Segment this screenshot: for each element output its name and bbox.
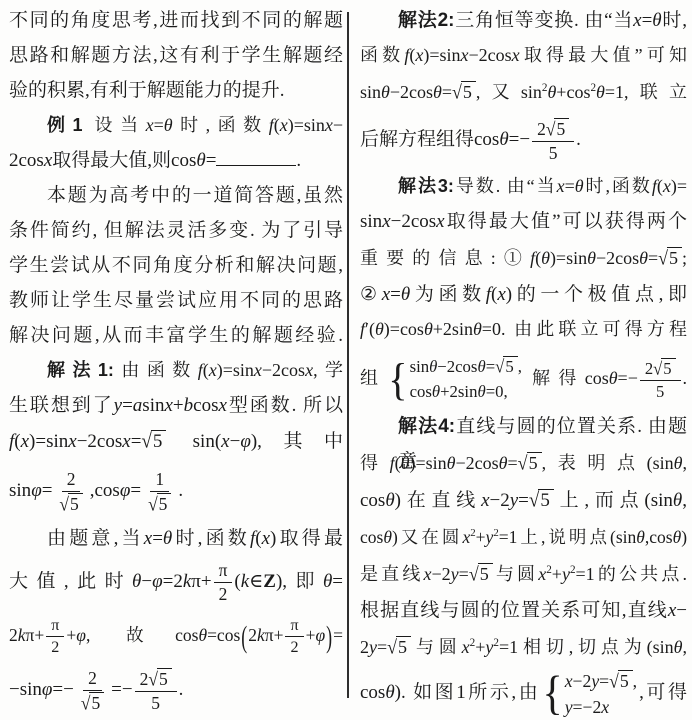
token-variable: θ xyxy=(375,319,384,339)
token-sqrt-radical: √5 xyxy=(148,669,171,689)
token-variable: x xyxy=(601,697,609,717)
radical-sign-icon: √ xyxy=(518,442,528,483)
token-text: =− xyxy=(52,679,73,700)
text-line: 条件简约, 但解法灵活多变. 为了引导 xyxy=(9,213,343,248)
token-text: =−2 xyxy=(573,697,602,717)
token-text: )=sin xyxy=(29,431,68,452)
token-fraction: 2√55 xyxy=(532,118,574,164)
token-text: , xyxy=(683,453,688,473)
token-variable: x xyxy=(497,284,505,305)
token-text: 时,函数 xyxy=(584,176,652,196)
token-variable: θ xyxy=(401,284,410,305)
token-text: + xyxy=(173,395,184,416)
token-variable: θ xyxy=(164,115,173,135)
text-line: 函数f(x)=sinx−2cosx取得最大值”可知 xyxy=(360,38,687,73)
token-text: = xyxy=(390,284,401,305)
token-text: )取得最 xyxy=(270,528,343,549)
token-text: −2 xyxy=(432,564,451,584)
token-text: )= xyxy=(671,176,687,196)
token-text: = xyxy=(508,453,518,473)
token-text: −2cos xyxy=(469,45,512,65)
token-text: =− xyxy=(509,129,530,150)
token-text: =0. 由此联立可得方程 xyxy=(482,319,687,339)
token-sqrt-radical: √5 xyxy=(653,359,675,378)
text-line: 2kπ+π2+φ, 故cosθ=cos(2kπ+π2+φ)= xyxy=(9,608,343,662)
token-sqrt-radical: √5 xyxy=(469,564,493,584)
fraction-numerator: 2√5 xyxy=(135,668,177,692)
token-text: 思路和解题方法,这有利于学生解题经 xyxy=(9,45,343,66)
token-text: 取得最大值”可以获得两个 xyxy=(445,211,687,232)
token-text: = xyxy=(648,248,658,268)
token-text: )=sin xyxy=(423,45,460,65)
token-text: π+ xyxy=(191,571,211,592)
token-text: )的一个极值点,即 xyxy=(506,284,687,305)
token-variable: θ xyxy=(198,625,207,645)
text-line: 教师让学生尽量尝试应用不同的思路 xyxy=(9,283,343,318)
token-text: = xyxy=(131,431,142,452)
token-text: sin xyxy=(142,395,164,416)
token-variable: y xyxy=(510,490,518,511)
radicand: 5 xyxy=(538,489,554,512)
radical-sign-icon: √ xyxy=(141,421,151,462)
text-line: 解法2:三角恒等变换. 由“当x=θ时, xyxy=(360,3,687,38)
token-text: − xyxy=(141,571,152,592)
token-variable: φ xyxy=(315,625,325,645)
token-text: )又在圆 xyxy=(392,527,463,547)
token-text: 导数. 由“当 xyxy=(454,176,557,196)
radicand: 5 xyxy=(461,81,476,103)
token-fraction: 2√5 xyxy=(54,469,87,515)
token-text: 2 xyxy=(9,625,18,645)
token-variable: a xyxy=(133,395,143,416)
token-big-paren-left: ( xyxy=(240,591,248,683)
token-text: = xyxy=(642,10,653,31)
token-text: = xyxy=(442,82,452,102)
token-variable: x xyxy=(633,10,641,31)
text-line: 本题为高考中的一道简答题,虽然 xyxy=(9,178,343,213)
token-text: ,表明点(sin xyxy=(542,453,674,473)
token-text: −2cos xyxy=(437,357,477,376)
token-text: 由函数 xyxy=(114,360,198,380)
equation-system-row: cosθ+2sinθ=0, xyxy=(410,382,522,403)
fraction-numerator: π xyxy=(46,616,64,637)
token-text: 2 xyxy=(219,584,228,604)
token-variable: k xyxy=(18,625,26,645)
token-variable: φ xyxy=(42,679,53,700)
fraction-numerator: π xyxy=(285,616,303,637)
radicand: 5 xyxy=(503,356,517,376)
token-text: cos xyxy=(410,382,432,401)
token-text: 是直线 xyxy=(360,564,424,584)
fraction-denominator: √5 xyxy=(54,492,87,515)
radicand: 5 xyxy=(151,430,167,453)
text-line: sinθ−2cosθ=√5,又sin2θ+cos2θ=1,联立 xyxy=(360,73,687,111)
token-text: 条件简约, 但解法灵活多变. 为了引导 xyxy=(9,220,343,241)
token-text: . xyxy=(576,129,581,150)
radical-sign-icon: √ xyxy=(59,493,69,516)
token-text: cos xyxy=(360,490,385,511)
text-line: 2cosx取得最大值,则cosθ=. xyxy=(9,143,343,178)
column-divider xyxy=(347,12,349,698)
token-text: − xyxy=(230,431,241,452)
token-variable: k xyxy=(257,625,265,645)
token-text: = xyxy=(459,564,469,584)
token-bold-set-z: Z xyxy=(263,571,276,592)
token-text: )=sin xyxy=(410,453,447,473)
token-text: , xyxy=(633,671,637,691)
token-bold-label: 解法1: xyxy=(47,360,114,380)
token-sqrt-radical: √5 xyxy=(658,248,682,268)
token-text: sin xyxy=(360,211,382,232)
token-text: , xyxy=(683,637,688,657)
token-text: 5 xyxy=(480,564,489,584)
token-variable: x xyxy=(221,431,229,452)
token-variable: θ xyxy=(477,382,485,401)
radicand: 5 xyxy=(157,668,172,689)
left-column: 不同的角度思考,进而找到不同的解题思路和解题方法,这有利于学生解题经验的积累,有… xyxy=(9,3,343,718)
token-text: 1 xyxy=(155,469,164,489)
radical-sign-icon: √ xyxy=(609,669,619,693)
token-text: sin xyxy=(360,82,381,102)
token-text: 2cos xyxy=(9,150,44,171)
token-variable: θ xyxy=(673,490,682,511)
token-variable: x xyxy=(382,284,390,305)
token-text: 5 xyxy=(549,143,558,163)
token-text: 重要的信息:① xyxy=(360,248,530,268)
token-text: −2cos xyxy=(262,360,305,380)
token-variable: y xyxy=(114,395,122,416)
radical-sign-icon: √ xyxy=(546,118,556,141)
token-text: 取得最大值”可知 xyxy=(520,45,687,65)
token-variable: θ xyxy=(163,528,172,549)
left-brace-icon: { xyxy=(542,672,562,715)
token-sqrt-radical: √5 xyxy=(387,637,411,657)
token-sqrt-radical: √5 xyxy=(495,357,518,376)
token-fraction: 2√55 xyxy=(640,358,681,402)
token-text: −2cos xyxy=(390,82,433,102)
token-text: ,可得 xyxy=(639,682,687,703)
text-line: 大值,此时θ−φ=2kπ+π2(k∈Z),即θ= xyxy=(9,556,343,608)
token-variable: θ xyxy=(473,319,482,339)
token-text: π xyxy=(219,560,228,580)
token-text: 5 xyxy=(656,382,664,401)
radical-sign-icon: √ xyxy=(148,668,158,691)
token-text: = xyxy=(332,571,343,592)
radicand: 5 xyxy=(396,636,411,658)
token-variable: θ xyxy=(547,82,556,102)
token-sqrt-radical: √5 xyxy=(148,494,171,514)
token-sqrt-radical: √5 xyxy=(609,671,633,691)
token-text: = xyxy=(122,395,133,416)
token-bold-label: 解法2: xyxy=(398,10,454,31)
fraction-denominator: √5 xyxy=(143,492,176,515)
token-sqrt-radical: √5 xyxy=(546,119,569,139)
token-text: sin( xyxy=(166,431,221,452)
token-text: 2 xyxy=(248,625,257,645)
text-line: 得f(θ)=sinθ−2cosθ=√5,表明点(sinθ, xyxy=(360,444,687,482)
token-text: ; xyxy=(682,248,687,268)
token-variable: x xyxy=(122,431,130,452)
token-variable: x xyxy=(663,176,671,196)
token-variable: y xyxy=(369,637,377,657)
text-line: 解法1:由函数f(x)=sinx−2cosx,学 xyxy=(9,353,343,388)
text-line: 组{sinθ−2cosθ=√5,cosθ+2sinθ=0,解得cosθ=−2√5… xyxy=(360,347,687,409)
text-line: 由题意,当x=θ时,函数f(x)取得最 xyxy=(9,521,343,556)
token-text: =cos xyxy=(207,625,240,645)
token-text: 2 xyxy=(291,639,299,656)
token-variable: x xyxy=(538,564,546,584)
token-variable: φ xyxy=(31,480,42,501)
text-line: 解法4:直线与圆的位置关系. 由题意 xyxy=(360,409,687,444)
token-text: 函数 xyxy=(360,45,404,65)
token-text: −sin xyxy=(9,679,42,700)
token-variable: θ xyxy=(652,10,661,31)
token-text: = xyxy=(206,150,217,171)
text-line: 解决问题,从而丰富学生的解题经验. xyxy=(9,318,343,353)
radicand: 5 xyxy=(527,452,542,474)
text-line: 不同的角度思考,进而找到不同的解题 xyxy=(9,3,343,38)
text-line: 是直线x−2y=√5与圆x2+y2=1的公共点. xyxy=(360,555,687,593)
token-variable: x xyxy=(424,564,432,584)
token-text: ,学 xyxy=(313,360,343,380)
token-variable: y xyxy=(591,671,599,691)
token-text: , 故cos xyxy=(86,625,199,645)
token-variable: θ xyxy=(447,453,456,473)
token-text: sin xyxy=(410,357,430,376)
token-text: cos xyxy=(193,395,218,416)
token-variable: θ xyxy=(673,527,682,547)
token-variable: x xyxy=(21,431,29,452)
equation-system-rows: sinθ−2cosθ=√5,cosθ+2sinθ=0, xyxy=(410,356,522,403)
text-line: cosθ). 如图1所示,由{x−2y=√5,y=−2x,可得 xyxy=(360,666,687,720)
radicand: 5 xyxy=(554,118,569,139)
text-line: cosθ)在直线x−2y=√5上,而点(sinθ, xyxy=(360,482,687,520)
token-text: 5 xyxy=(151,693,160,713)
token-text: 为函数 xyxy=(410,284,486,305)
token-text: 根据直线与圆的位置关系可知,直线 xyxy=(360,600,668,621)
fraction-denominator: 5 xyxy=(146,692,165,714)
token-text: ),其中 xyxy=(251,431,343,452)
token-fraction: 2√55 xyxy=(135,668,177,714)
token-variable: θ xyxy=(575,176,584,196)
radicand: 5 xyxy=(157,493,172,514)
token-text: cos xyxy=(360,527,383,547)
token-text: 5 xyxy=(153,431,163,452)
token-variable: θ xyxy=(433,82,442,102)
token-text: )=sin xyxy=(217,360,254,380)
token-big-paren-right: ) xyxy=(325,591,333,683)
radicand: 5 xyxy=(478,563,493,585)
token-variable: θ xyxy=(385,682,394,703)
token-variable: θ xyxy=(587,248,596,268)
token-text: )=sin xyxy=(550,248,587,268)
token-text: 2 xyxy=(51,639,59,656)
radicand: 5 xyxy=(661,358,675,378)
token-text: + xyxy=(66,625,76,645)
fraction-numerator: 1 xyxy=(150,469,169,492)
token-text: . xyxy=(178,480,183,501)
token-fraction: π2 xyxy=(46,616,64,658)
token-text: 取得最大值,则cos xyxy=(52,150,196,171)
token-variable: φ xyxy=(76,625,86,645)
token-text: ′( xyxy=(365,319,375,339)
token-variable: θ xyxy=(499,129,508,150)
token-text: +2sin xyxy=(440,382,477,401)
token-text: 5 xyxy=(540,490,550,511)
token-text: )=cos xyxy=(384,319,424,339)
token-variable: x xyxy=(164,395,172,416)
token-variable: θ xyxy=(636,527,645,547)
token-variable: x xyxy=(512,45,520,65)
fraction-denominator: 2 xyxy=(46,637,64,657)
text-line: 学生尝试从不同角度分析和解决问题, xyxy=(9,248,343,283)
token-sqrt-radical: √5 xyxy=(518,453,542,473)
token-text: 解决问题,从而丰富学生的解题经验. xyxy=(9,325,343,346)
token-text: )在直线 xyxy=(395,490,481,511)
token-text: , xyxy=(682,490,687,511)
token-text: = xyxy=(154,115,164,135)
token-text: −2cos xyxy=(77,431,123,452)
token-variable: θ xyxy=(477,357,485,376)
token-text: −2cos xyxy=(596,248,639,268)
token-text: 不同的角度思考,进而找到不同的解题 xyxy=(9,10,343,31)
token-variable: θ xyxy=(424,319,433,339)
token-text: = xyxy=(486,357,495,376)
token-variable: x xyxy=(382,211,390,232)
token-fraction: π2 xyxy=(285,616,303,658)
token-variable: x xyxy=(481,490,489,511)
token-variable: y xyxy=(451,564,459,584)
token-text: 与圆 xyxy=(493,564,539,584)
token-text: ) xyxy=(681,527,687,547)
radical-sign-icon: √ xyxy=(387,626,397,667)
token-text: 5 xyxy=(663,359,671,378)
token-variable: x xyxy=(565,671,573,691)
text-line: 生联想到了y=asinx+bcosx型函数. 所以 xyxy=(9,388,343,423)
token-text: 2 xyxy=(537,119,546,139)
token-variable: θ xyxy=(401,453,410,473)
token-text: −2cos xyxy=(391,211,437,232)
token-text: 5 xyxy=(505,357,513,376)
fraction-denominator: 5 xyxy=(651,381,669,402)
right-column: 解法2:三角恒等变换. 由“当x=θ时,函数f(x)=sinx−2cosx取得最… xyxy=(360,3,687,720)
blank-underline xyxy=(216,147,296,166)
radical-sign-icon: √ xyxy=(148,493,158,516)
token-text: = xyxy=(130,480,141,501)
token-text: 大值,此时 xyxy=(9,571,132,592)
token-text: , xyxy=(518,357,522,376)
token-text: . xyxy=(683,368,688,388)
token-text: + xyxy=(552,564,562,584)
token-variable: θ xyxy=(541,248,550,268)
token-variable: θ xyxy=(499,453,508,473)
token-text: +cos xyxy=(556,82,590,102)
text-line: sinx−2cosx取得最大值”可以获得两个 xyxy=(360,204,687,239)
page: 不同的角度思考,进而找到不同的解题思路和解题方法,这有利于学生解题经验的积累,有… xyxy=(0,0,692,720)
token-text: . xyxy=(296,150,301,171)
token-variable: θ xyxy=(323,571,332,592)
fraction-numerator: 2 xyxy=(83,668,102,691)
token-variable: φ xyxy=(240,431,251,452)
text-line: 后解方程组得cosθ=−2√55. xyxy=(360,111,687,169)
radical-sign-icon: √ xyxy=(529,480,539,521)
token-variable: θ xyxy=(432,382,440,401)
token-text: ② xyxy=(360,284,382,305)
token-text: 学生尝试从不同角度分析和解决问题, xyxy=(9,255,343,276)
token-text: 设当 xyxy=(83,115,146,135)
token-text: sin xyxy=(9,480,31,501)
token-text: 2 xyxy=(67,469,76,489)
equation-system-row: x−2y=√5, xyxy=(565,670,637,692)
fraction-numerator: 2√5 xyxy=(532,118,574,142)
token-text: = xyxy=(42,480,53,501)
radicand: 5 xyxy=(618,670,633,691)
token-text: 5 xyxy=(159,669,168,689)
fraction-denominator: 2 xyxy=(214,583,233,605)
token-sqrt-radical: √5 xyxy=(452,82,476,102)
radical-sign-icon: √ xyxy=(469,553,479,594)
token-variable: x xyxy=(262,528,270,549)
token-text: 5 xyxy=(556,119,565,139)
token-text: =1的公共点. xyxy=(576,564,687,584)
token-variable: θ xyxy=(674,453,683,473)
token-text: ,又sin xyxy=(476,82,542,102)
token-text: 组 xyxy=(360,368,386,388)
radical-sign-icon: √ xyxy=(653,358,662,379)
token-text: π xyxy=(290,617,298,634)
token-variable: x xyxy=(325,115,333,135)
token-text: +2sin xyxy=(433,319,473,339)
token-variable: b xyxy=(184,395,194,416)
token-variable: θ xyxy=(609,368,618,388)
token-text: 5 xyxy=(620,671,629,691)
token-text: = xyxy=(377,637,387,657)
token-sqrt-radical: √5 xyxy=(529,490,554,511)
radical-sign-icon: √ xyxy=(452,71,462,112)
token-text: 后解方程组得cos xyxy=(360,129,499,150)
text-line: f′(θ)=cosθ+2sinθ=0. 由此联立可得方程 xyxy=(360,312,687,347)
token-variable: θ xyxy=(132,571,141,592)
token-text: =− xyxy=(618,368,638,388)
equation-system-row: y=−2x xyxy=(565,696,637,718)
token-variable: x xyxy=(209,360,217,380)
token-text: 由题意,当 xyxy=(47,528,144,549)
fraction-denominator: 5 xyxy=(544,142,563,164)
token-sqrt-radical: √5 xyxy=(141,431,166,452)
token-text: + xyxy=(475,637,485,657)
token-text: 5 xyxy=(159,494,168,514)
fraction-numerator: π xyxy=(214,560,233,583)
token-variable: x xyxy=(218,395,226,416)
text-line: 例1 设当x=θ时,函数f(x)=sinx− xyxy=(9,108,343,143)
token-text: 5 xyxy=(91,693,100,713)
token-variable: x xyxy=(44,150,52,171)
text-line: 解法3:导数. 由“当x=θ时,函数f(x)= xyxy=(360,169,687,204)
token-text: = xyxy=(565,176,575,196)
text-line: cosθ)又在圆x2+y2=1上,说明点(sinθ,cosθ) xyxy=(360,520,687,555)
token-text: ∈ xyxy=(249,571,263,592)
token-text: =1上,说明点(sin xyxy=(499,527,637,547)
token-text: . xyxy=(179,679,184,700)
token-text: −2 xyxy=(490,490,510,511)
token-text: 得 xyxy=(360,453,390,473)
token-text: 时,函数 xyxy=(173,115,269,135)
token-text: 2 xyxy=(645,359,653,378)
token-text: 解得cos xyxy=(524,368,609,388)
token-text: ),即 xyxy=(276,571,323,592)
token-text: ,cos xyxy=(90,480,120,501)
token-text: 5 xyxy=(669,248,678,268)
